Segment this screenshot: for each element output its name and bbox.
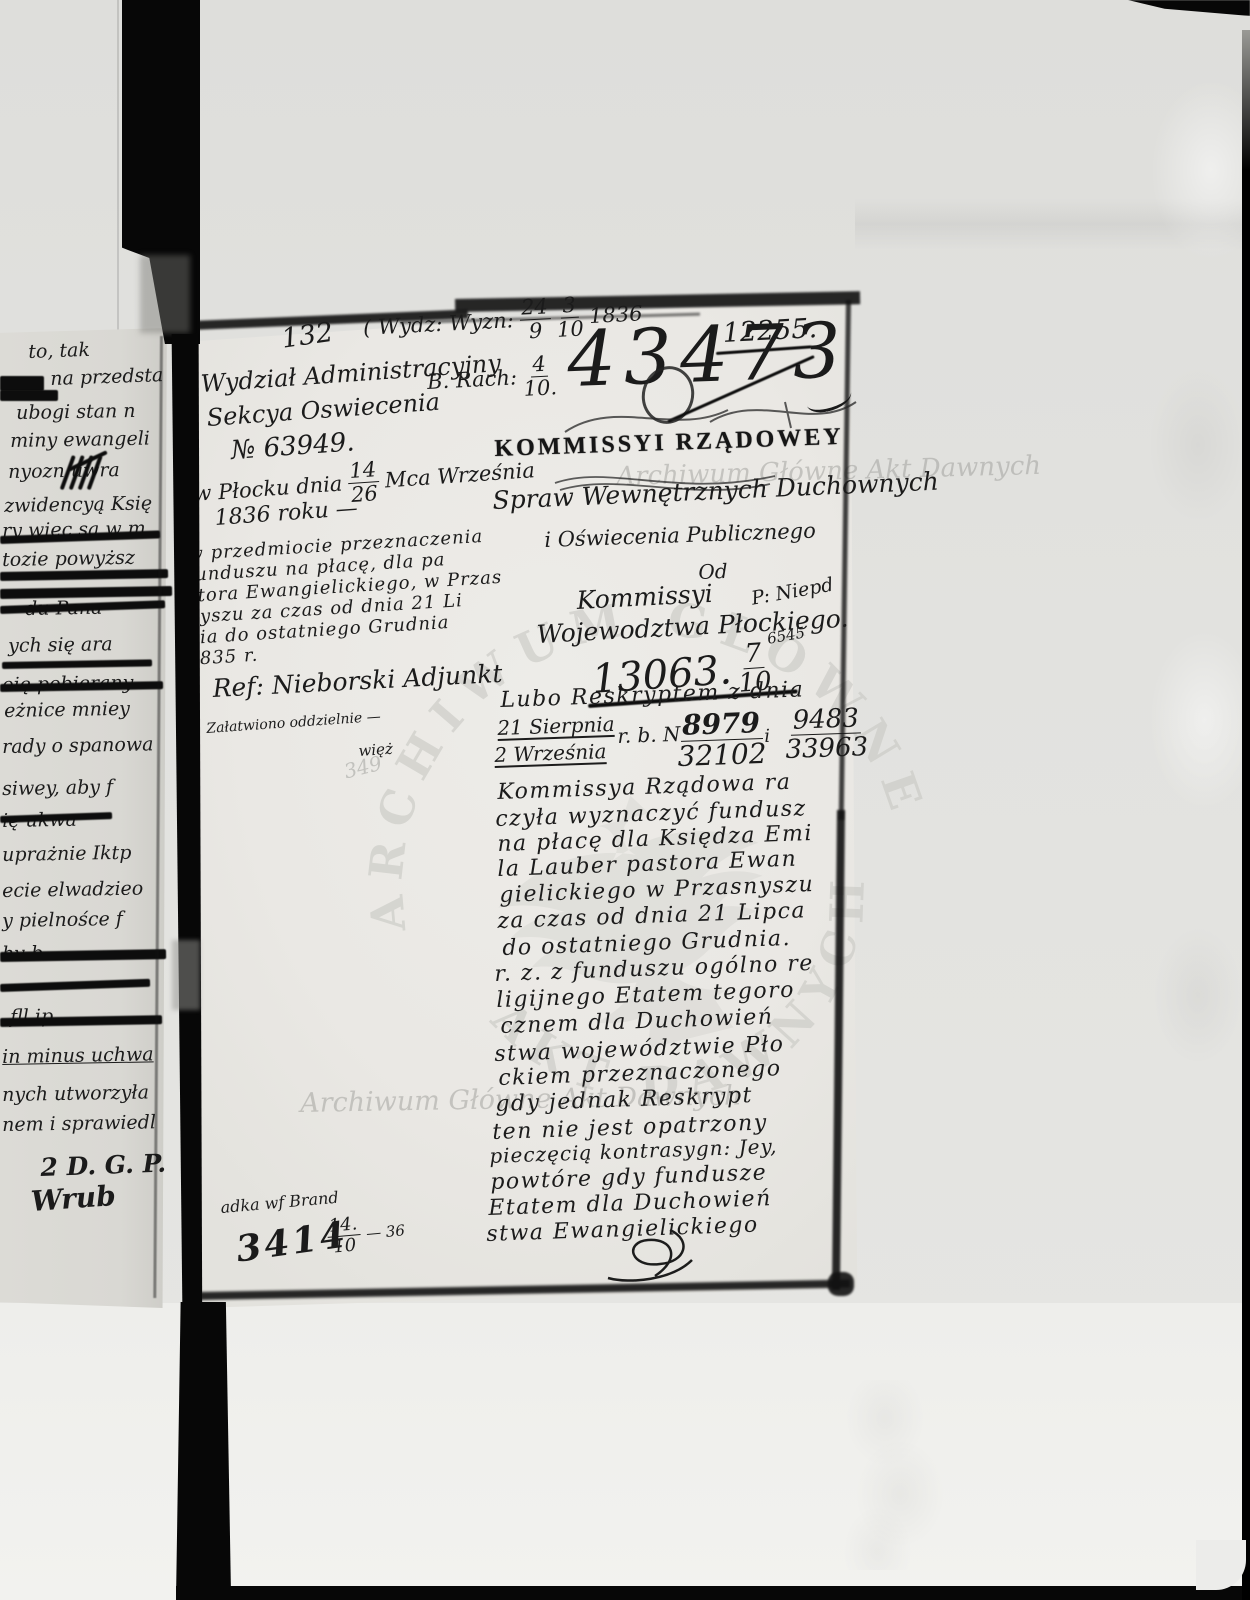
fraction-top: 7 bbox=[742, 640, 764, 669]
left-page-line: siwey, aby f bbox=[2, 778, 113, 799]
film-top-right-blob bbox=[1128, 0, 1250, 16]
left-page-line: eżnice mniey bbox=[4, 700, 130, 721]
film-gap-strip-bottom bbox=[176, 1302, 234, 1600]
reference-prefix: r. b. N bbox=[617, 724, 681, 746]
folio-number: 132 bbox=[280, 319, 335, 353]
conjunction: i bbox=[764, 728, 770, 746]
ink-blot bbox=[0, 390, 58, 401]
date-line: 21 Sierpnia bbox=[497, 714, 615, 741]
left-page-signature: Wrub bbox=[30, 1182, 117, 1216]
closing-flourish bbox=[600, 1222, 700, 1286]
left-page-line: ubogi stan n bbox=[16, 402, 136, 423]
left-page-line: ych się ara bbox=[8, 635, 113, 656]
fraction-top: 9483 bbox=[790, 705, 861, 735]
film-right-edge bbox=[1242, 30, 1250, 1600]
fraction-bottom: 33963 bbox=[785, 733, 869, 763]
left-page-line: uprażnie Iktp bbox=[2, 844, 132, 865]
film-bottom-band bbox=[176, 1586, 1250, 1600]
left-page-line: in minus uchwa bbox=[2, 1045, 154, 1067]
archival-document-scan: to, tak na przedsta ubogi stan n miny ew… bbox=[0, 0, 1250, 1600]
left-page-line: y pielnośce f bbox=[2, 910, 123, 931]
background-texture-bottom bbox=[840, 1380, 990, 1570]
big-case-number: 43473 bbox=[566, 312, 850, 398]
fraction-bottom: 32102 bbox=[677, 739, 767, 771]
fraction-bottom: 10. bbox=[523, 376, 558, 400]
left-page-line: nem i sprawiedl bbox=[2, 1113, 156, 1135]
film-gap-strip-middle bbox=[168, 334, 204, 1310]
left-page-signature-initials: 2 D. G. P. bbox=[40, 1151, 166, 1180]
dispatch-note-text: ( Wydz: Wyzn: bbox=[363, 310, 515, 339]
left-page-line: miny ewangeli bbox=[10, 430, 150, 451]
film-gap-smudge bbox=[172, 940, 200, 1010]
addressee-line: Kommissyi bbox=[576, 581, 713, 613]
background-texture bbox=[1120, 60, 1250, 1160]
ink-blot bbox=[0, 376, 44, 391]
dispatch-fraction-1: 24 9 bbox=[519, 296, 552, 343]
fraction-bottom: 9 bbox=[528, 320, 543, 343]
left-page-line: ecie elwadzieo bbox=[2, 880, 143, 901]
left-page-line: rady o spanowa bbox=[2, 735, 154, 757]
left-page-line: tozie powyższ bbox=[2, 549, 135, 570]
fraction-top: 4 bbox=[530, 354, 549, 378]
left-page-line: na przedsta bbox=[50, 366, 164, 389]
reference-fraction-2: 9483 33963 bbox=[784, 705, 869, 763]
fraction-top: 24 bbox=[519, 296, 551, 321]
upper-left-sheet-edge bbox=[117, 0, 119, 330]
registratur-year: — 36 bbox=[366, 1223, 406, 1241]
left-page-line: nych utworzyła bbox=[2, 1083, 149, 1105]
reference-fraction-1: 8979 32102 bbox=[676, 709, 767, 771]
page-corner-blot bbox=[828, 1272, 854, 1296]
rach-fraction: 4 10. bbox=[522, 353, 558, 400]
date-line: 2 Września bbox=[494, 741, 607, 768]
left-page-line: to, tak bbox=[28, 341, 90, 362]
film-gap-smudge bbox=[140, 255, 190, 333]
left-page-line: zwidencyą Księ bbox=[4, 494, 152, 516]
